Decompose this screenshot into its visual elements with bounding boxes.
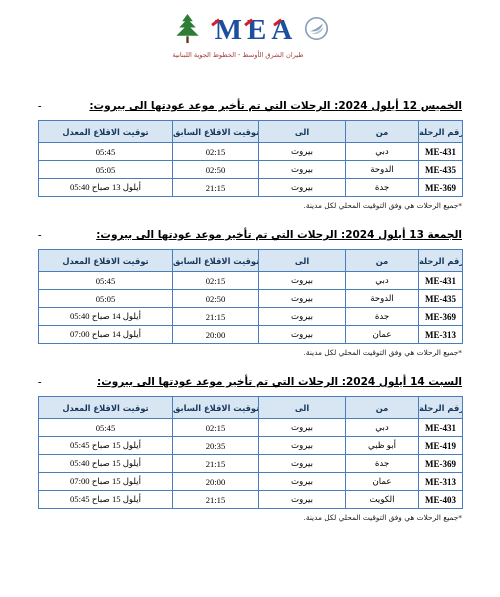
cell-to: بيروت bbox=[259, 290, 346, 308]
cell-flight-number: ME-369 bbox=[419, 308, 463, 326]
cell-prev-time: 02:50 bbox=[173, 161, 259, 179]
cell-flight-number: ME-435 bbox=[419, 161, 463, 179]
col-header-flight: رقم الرحلة bbox=[419, 121, 463, 143]
col-header-to: الى bbox=[259, 397, 346, 419]
table-row: 07:00 صباح ‎15 أيلول 20:00 بيروت عمان ME… bbox=[39, 473, 463, 491]
section-title: الخميس 12 أيلول 2024: الرحلات التي تم تأ… bbox=[89, 100, 462, 112]
cell-flight-number: ME-435 bbox=[419, 290, 463, 308]
col-header-new-time: توقيت الاقلاع المعدل bbox=[39, 121, 173, 143]
cell-new-time: 05:45 bbox=[39, 272, 173, 290]
table-header-row: توقيت الاقلاع المعدل توقيت الاقلاع الساب… bbox=[39, 121, 463, 143]
cell-flight-number: ME-431 bbox=[419, 143, 463, 161]
skyteam-icon bbox=[304, 16, 329, 41]
cell-new-time: 05:05 bbox=[39, 161, 173, 179]
cell-to: بيروت bbox=[259, 473, 346, 491]
cell-flight-number: ME-313 bbox=[419, 473, 463, 491]
cell-prev-time: 21:15 bbox=[173, 455, 259, 473]
cell-to: بيروت bbox=[259, 419, 346, 437]
cell-to: بيروت bbox=[259, 308, 346, 326]
bullet-dash: - bbox=[38, 230, 42, 241]
cell-to: بيروت bbox=[259, 455, 346, 473]
table-row: 05:40 صباح ‎13 أيلول 21:15 بيروت جدة ME-… bbox=[39, 179, 463, 197]
col-header-to: الى bbox=[259, 250, 346, 272]
cell-flight-number: ME-369 bbox=[419, 179, 463, 197]
cell-new-time: 05:40 صباح ‎15 أيلول bbox=[39, 455, 173, 473]
col-header-flight: رقم الرحلة bbox=[419, 250, 463, 272]
cell-new-time: 05:40 صباح ‎14 أيلول bbox=[39, 308, 173, 326]
mea-arabic-tagline: طيران الشرق الأوسط - الخطوط الجوية اللبن… bbox=[172, 51, 303, 59]
cell-from: الكويت bbox=[346, 491, 419, 509]
cell-to: بيروت bbox=[259, 179, 346, 197]
cell-to: بيروت bbox=[259, 161, 346, 179]
col-header-prev-time: توقيت الاقلاع السابق bbox=[173, 250, 259, 272]
table-row: 05:05 02:50 بيروت الدوحة ME-435 bbox=[39, 290, 463, 308]
bullet-dash: - bbox=[38, 101, 42, 112]
table-header-row: توقيت الاقلاع المعدل توقيت الاقلاع الساب… bbox=[39, 250, 463, 272]
cell-from: دبي bbox=[346, 272, 419, 290]
table-row: 05:45 صباح ‎15 أيلول 20:35 بيروت أبو ظبي… bbox=[39, 437, 463, 455]
cell-to: بيروت bbox=[259, 437, 346, 455]
cell-from: عمان bbox=[346, 326, 419, 344]
col-header-to: الى bbox=[259, 121, 346, 143]
flight-table: توقيت الاقلاع المعدل توقيت الاقلاع الساب… bbox=[38, 396, 463, 509]
table-header-row: توقيت الاقلاع المعدل توقيت الاقلاع الساب… bbox=[39, 397, 463, 419]
local-time-footnote: *جميع الرحلات هي وفق التوقيت المحلي لكل … bbox=[0, 201, 462, 210]
cell-from: الدوحة bbox=[346, 161, 419, 179]
col-header-new-time: توقيت الاقلاع المعدل bbox=[39, 397, 173, 419]
cell-new-time: 05:45 bbox=[39, 419, 173, 437]
col-header-prev-time: توقيت الاقلاع السابق bbox=[173, 397, 259, 419]
section-thursday-12: - الخميس 12 أيلول 2024: الرحلات التي تم … bbox=[0, 100, 500, 210]
flight-table: توقيت الاقلاع المعدل توقيت الاقلاع الساب… bbox=[38, 249, 463, 344]
section-saturday-14: - السبت 14 أيلول 2024: الرحلات التي تم ت… bbox=[0, 376, 500, 522]
table-row: 05:45 02:15 بيروت دبي ME-431 bbox=[39, 143, 463, 161]
cell-flight-number: ME-369 bbox=[419, 455, 463, 473]
cell-from: عمان bbox=[346, 473, 419, 491]
col-header-prev-time: توقيت الاقلاع السابق bbox=[173, 121, 259, 143]
col-header-from: من bbox=[346, 397, 419, 419]
table-row: 05:45 صباح ‎15 أيلول 21:15 بيروت الكويت … bbox=[39, 491, 463, 509]
cell-new-time: 05:45 صباح ‎15 أيلول bbox=[39, 491, 173, 509]
cell-to: بيروت bbox=[259, 326, 346, 344]
col-header-flight: رقم الرحلة bbox=[419, 397, 463, 419]
cell-new-time: 05:40 صباح ‎13 أيلول bbox=[39, 179, 173, 197]
cell-from: أبو ظبي bbox=[346, 437, 419, 455]
mea-letters: MEA bbox=[215, 14, 298, 46]
local-time-footnote: *جميع الرحلات هي وفق التوقيت المحلي لكل … bbox=[0, 348, 462, 357]
local-time-footnote: *جميع الرحلات هي وفق التوقيت المحلي لكل … bbox=[0, 513, 462, 522]
cell-to: بيروت bbox=[259, 272, 346, 290]
cell-from: دبي bbox=[346, 143, 419, 161]
cell-prev-time: 02:15 bbox=[173, 272, 259, 290]
cell-from: دبي bbox=[346, 419, 419, 437]
cell-new-time: 05:45 bbox=[39, 143, 173, 161]
cell-new-time: 07:00 صباح ‎14 أيلول bbox=[39, 326, 173, 344]
table-row: 05:45 02:15 بيروت دبي ME-431 bbox=[39, 272, 463, 290]
col-header-from: من bbox=[346, 121, 419, 143]
cell-flight-number: ME-431 bbox=[419, 419, 463, 437]
table-row: 05:40 صباح ‎15 أيلول 21:15 بيروت جدة ME-… bbox=[39, 455, 463, 473]
cell-from: جدة bbox=[346, 455, 419, 473]
cell-prev-time: 02:15 bbox=[173, 419, 259, 437]
cell-new-time: 07:00 صباح ‎15 أيلول bbox=[39, 473, 173, 491]
table-row: 07:00 صباح ‎14 أيلول 20:00 بيروت عمان ME… bbox=[39, 326, 463, 344]
cell-prev-time: 20:00 bbox=[173, 473, 259, 491]
table-row: 05:45 02:15 بيروت دبي ME-431 bbox=[39, 419, 463, 437]
section-friday-13: - الجمعة 13 أيلول 2024: الرحلات التي تم … bbox=[0, 229, 500, 357]
cell-to: بيروت bbox=[259, 491, 346, 509]
cell-prev-time: 21:15 bbox=[173, 179, 259, 197]
mea-logo: MEA طيران الشرق الأوسط - الخطوط الجوية ا… bbox=[0, 0, 500, 59]
cell-from: الدوحة bbox=[346, 290, 419, 308]
cell-flight-number: ME-419 bbox=[419, 437, 463, 455]
cell-from: جدة bbox=[346, 179, 419, 197]
mea-wordmark: MEA bbox=[211, 16, 298, 45]
cell-new-time: 05:05 bbox=[39, 290, 173, 308]
cell-flight-number: ME-313 bbox=[419, 326, 463, 344]
cell-from: جدة bbox=[346, 308, 419, 326]
table-row: 05:40 صباح ‎14 أيلول 21:15 بيروت جدة ME-… bbox=[39, 308, 463, 326]
cedar-tree-icon bbox=[171, 12, 204, 49]
section-title: الجمعة 13 أيلول 2024: الرحلات التي تم تأ… bbox=[96, 229, 462, 241]
cell-flight-number: ME-403 bbox=[419, 491, 463, 509]
cell-new-time: 05:45 صباح ‎15 أيلول bbox=[39, 437, 173, 455]
cell-to: بيروت bbox=[259, 143, 346, 161]
cell-prev-time: 21:15 bbox=[173, 491, 259, 509]
cell-prev-time: 21:15 bbox=[173, 308, 259, 326]
cell-prev-time: 02:50 bbox=[173, 290, 259, 308]
cell-prev-time: 02:15 bbox=[173, 143, 259, 161]
table-row: 05:05 02:50 بيروت الدوحة ME-435 bbox=[39, 161, 463, 179]
cell-prev-time: 20:00 bbox=[173, 326, 259, 344]
col-header-from: من bbox=[346, 250, 419, 272]
bullet-dash: - bbox=[38, 377, 42, 388]
flight-table: توقيت الاقلاع المعدل توقيت الاقلاع الساب… bbox=[38, 120, 463, 197]
col-header-new-time: توقيت الاقلاع المعدل bbox=[39, 250, 173, 272]
cell-flight-number: ME-431 bbox=[419, 272, 463, 290]
section-title: السبت 14 أيلول 2024: الرحلات التي تم تأخ… bbox=[97, 376, 462, 388]
cell-prev-time: 20:35 bbox=[173, 437, 259, 455]
